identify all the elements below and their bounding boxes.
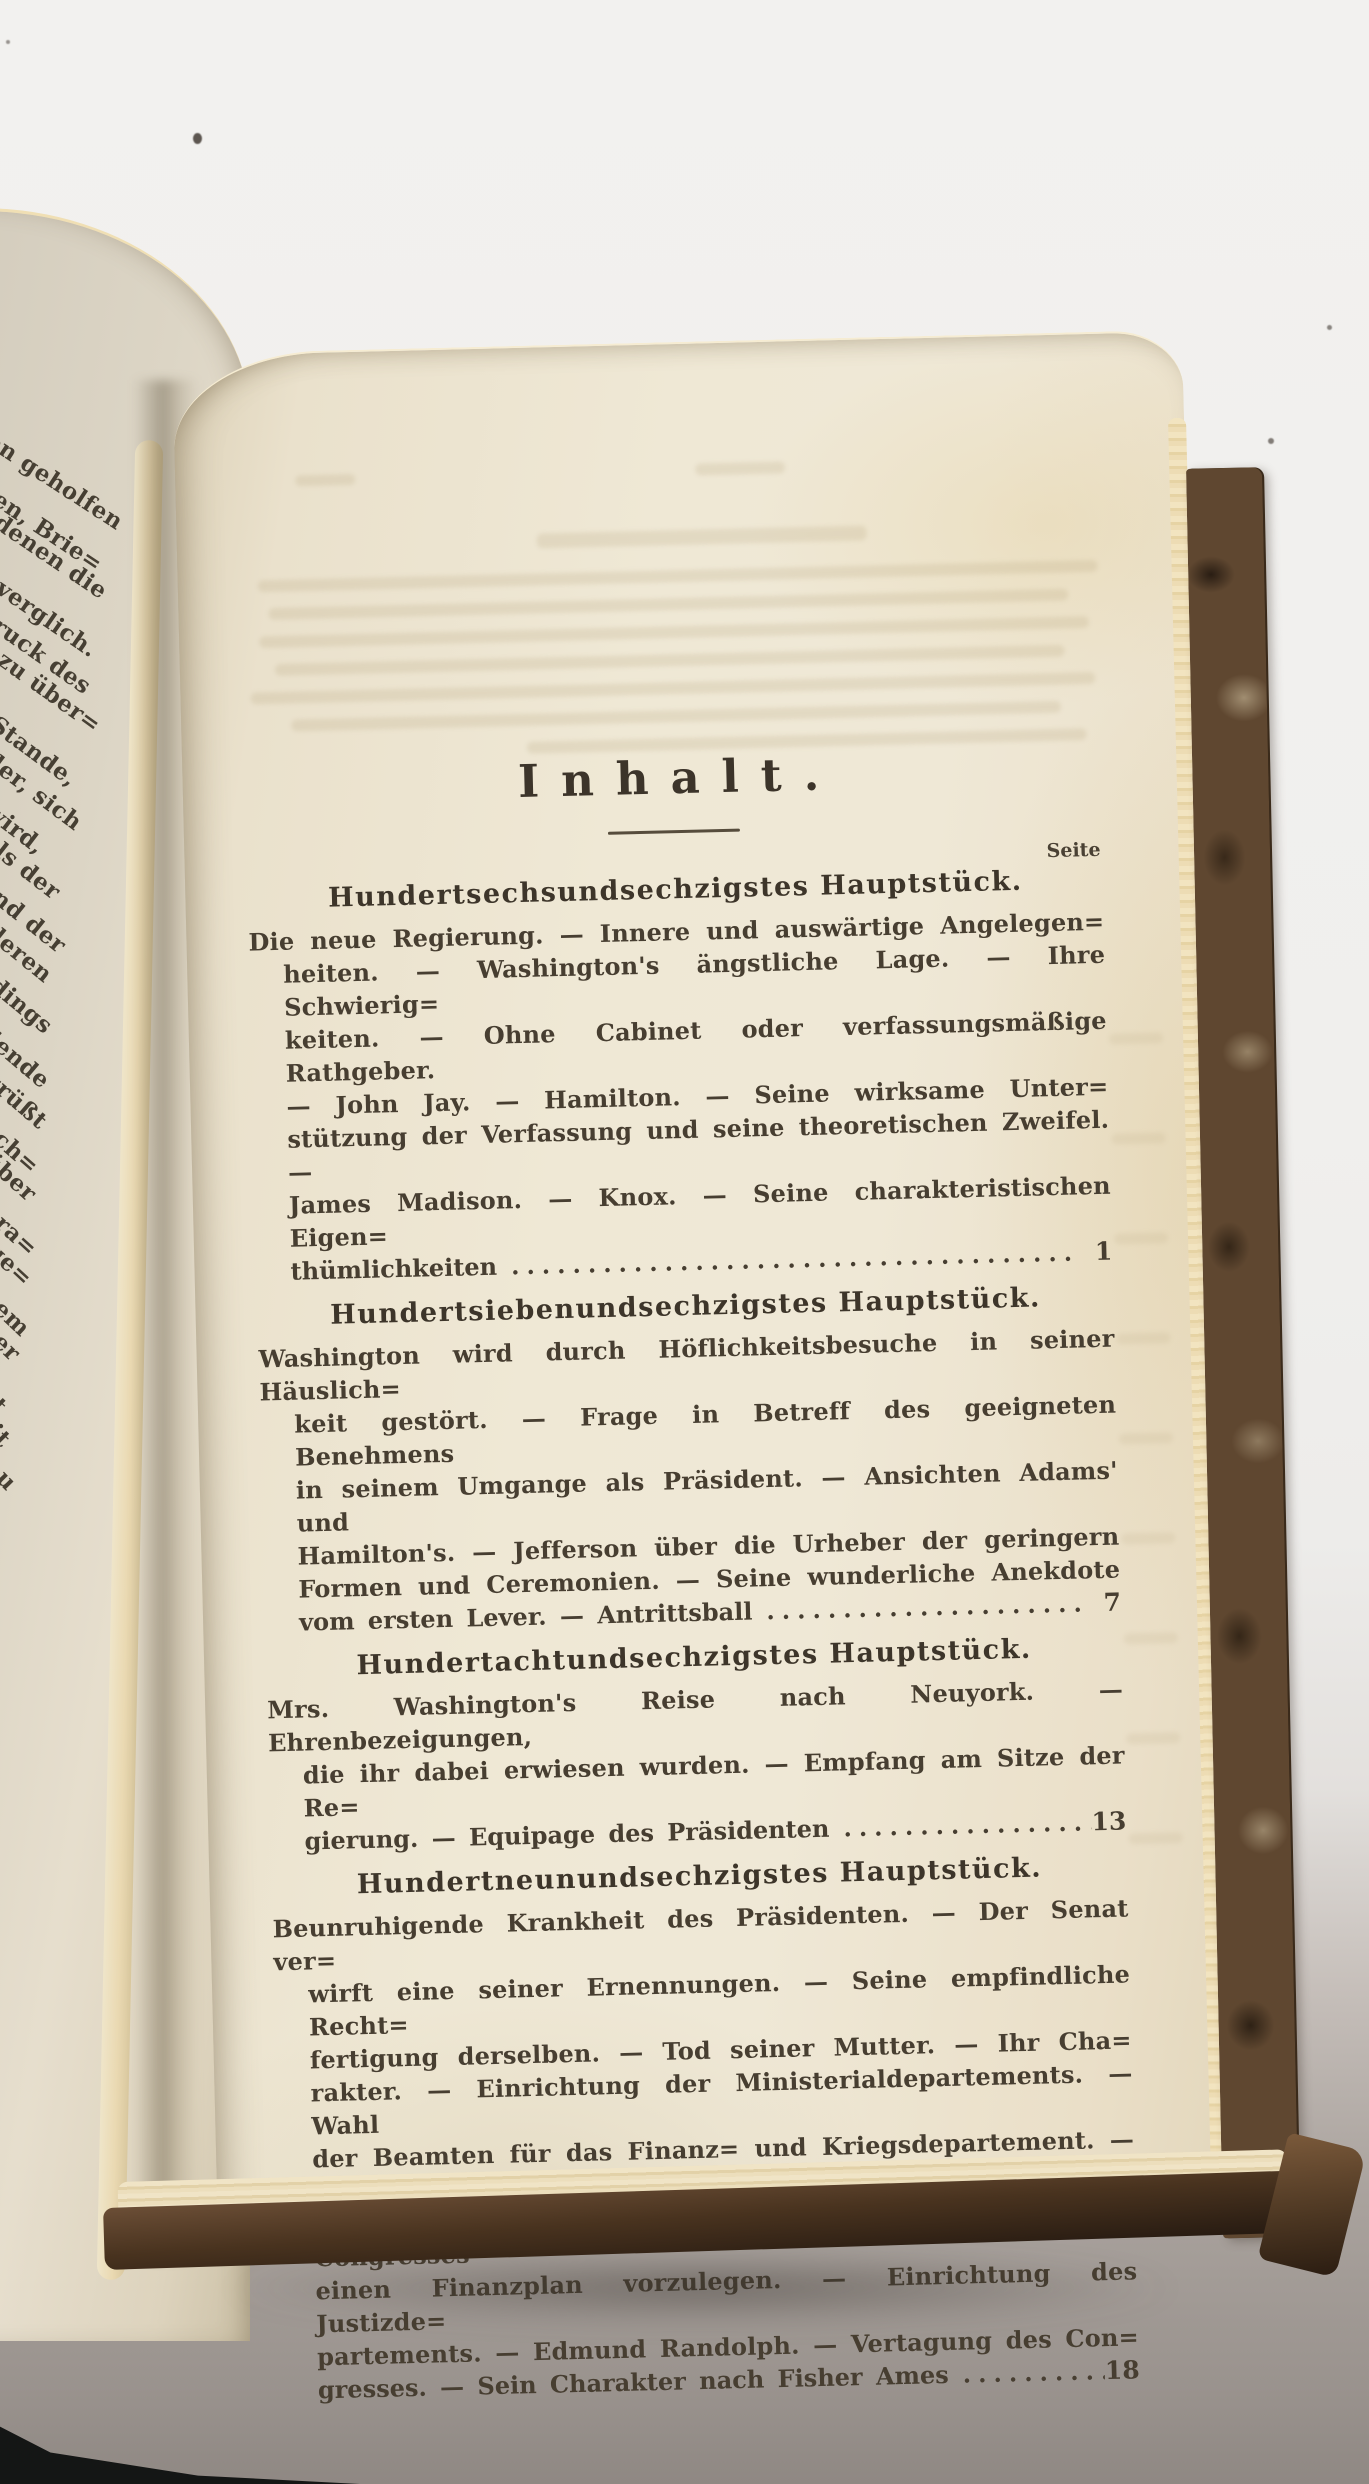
page-number: 18: [1104, 2353, 1140, 2387]
chapter-summary: Mrs. Washington's Reise nach Neuyork. — …: [267, 1673, 1127, 1859]
toc-section: Hundertsiebenundsechzigstes Hauptstück. …: [257, 1280, 1121, 1640]
ghost-text-bar: [1109, 1032, 1163, 1044]
ghost-text-bar: [1129, 1832, 1183, 1844]
ghost-text-bar: [1126, 1732, 1180, 1744]
ghost-text-bar: [250, 672, 1095, 705]
right-book-page: Inhalt. Seite Hundertsechsundsechzigstes…: [172, 330, 1228, 2236]
ghost-text-bar: [1114, 1232, 1168, 1244]
toc-section: Hundertachtundsechzigstes Hauptstück. Mr…: [266, 1631, 1127, 1859]
ghost-text-bar: [1124, 1632, 1178, 1644]
ghost-text-bar: [1116, 1332, 1170, 1344]
page-number: 7: [1087, 1586, 1122, 1620]
chapter-summary: Die neue Regierung. — Innere und auswärt…: [248, 905, 1113, 1289]
ghost-text-bar: [258, 560, 1098, 593]
title-rule: [608, 829, 740, 835]
ghost-text-bar: [1119, 1432, 1173, 1444]
ghost-text-bar: [1121, 1532, 1175, 1544]
page-number: 1: [1078, 1235, 1113, 1269]
ghost-text-bar: [295, 474, 355, 486]
dot-leader: ........................................…: [948, 2354, 1105, 2391]
dust-speck: [193, 133, 202, 144]
ghost-text-bar: [275, 645, 1065, 676]
dust-speck: [1268, 438, 1274, 444]
ghost-text-bar: [695, 461, 785, 475]
toc-section: Hundertsechsundsechzigstes Hauptstück. D…: [247, 863, 1113, 1289]
book-shadow: [60, 2252, 1340, 2342]
dot-leader: ........................................…: [829, 1805, 1092, 1844]
dust-speck: [6, 40, 10, 44]
page-number: 13: [1091, 1804, 1127, 1838]
chapter-summary: Washington wird durch Höflichkeitsbesuch…: [258, 1322, 1121, 1640]
ghost-text-bar: [259, 616, 1089, 648]
ghost-text-bar: [1111, 1132, 1165, 1144]
summary-line-text: thümlichkeiten: [290, 1250, 497, 1288]
ghost-text-bar: [291, 701, 1061, 732]
dust-speck: [1327, 325, 1332, 330]
dot-leader: ........................................…: [752, 1586, 1087, 1627]
ghost-text-bar: [268, 589, 1068, 621]
page-title: Inhalt.: [244, 742, 1101, 815]
ghost-text-bar: [537, 525, 867, 548]
show-through-ghost-text: [215, 441, 1123, 783]
